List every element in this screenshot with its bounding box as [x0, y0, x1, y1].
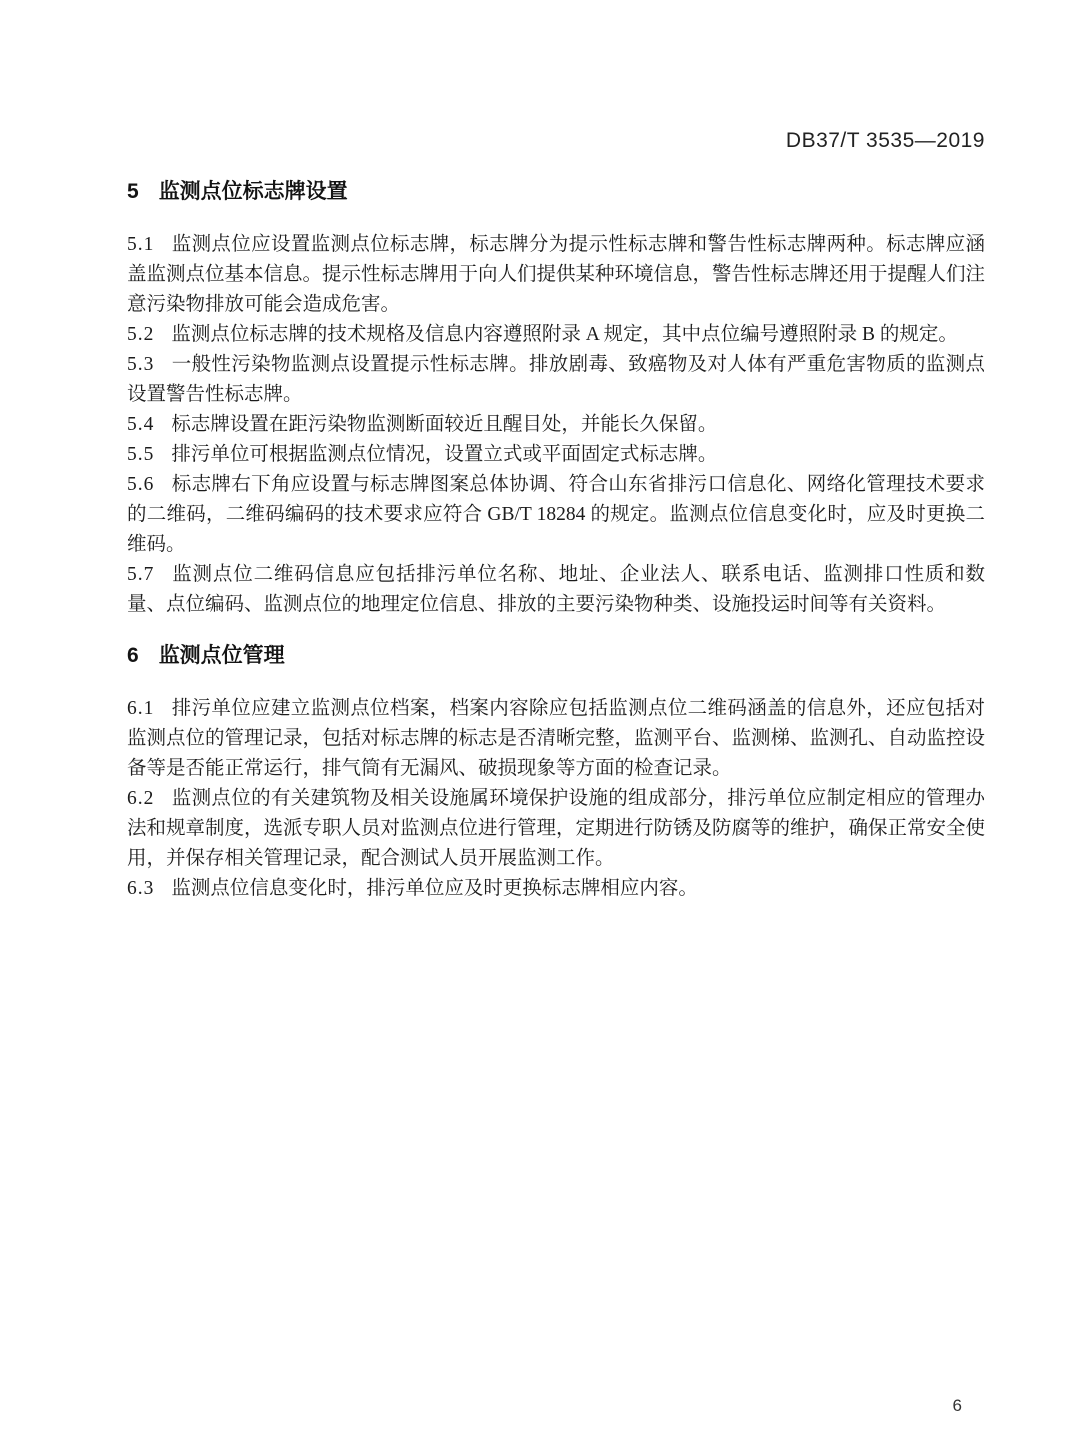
clause-number: 6.3 [127, 874, 154, 904]
clause-text: 排污单位应建立监测点位档案，档案内容除应包括监测点位二维码涵盖的信息外，还应包括… [127, 698, 985, 779]
clause-number: 6.2 [127, 784, 154, 814]
clause-text: 排污单位可根据监测点位情况，设置立式或平面固定式标志牌。 [171, 444, 717, 465]
clause-number: 5.1 [127, 230, 154, 260]
clause: 5.1监测点位应设置监测点位标志牌，标志牌分为提示性标志牌和警告性标志牌两种。标… [127, 230, 985, 320]
clause: 5.6标志牌右下角应设置与标志牌图案总体协调、符合山东省排污口信息化、网络化管理… [127, 470, 985, 560]
clause-text: 监测点位信息变化时，排污单位应及时更换标志牌相应内容。 [171, 878, 698, 899]
clause-number: 5.7 [127, 560, 154, 590]
clause-number: 6.1 [127, 694, 154, 724]
section-number: 6 [127, 642, 139, 670]
clause-number: 5.4 [127, 410, 154, 440]
clause-text: 监测点位应设置监测点位标志牌，标志牌分为提示性标志牌和警告性标志牌两种。标志牌应… [127, 234, 985, 315]
section-5-clauses: 5.1监测点位应设置监测点位标志牌，标志牌分为提示性标志牌和警告性标志牌两种。标… [127, 230, 985, 620]
section-title: 监测点位标志牌设置 [159, 180, 348, 203]
clause-text: 一般性污染物监测点设置提示性标志牌。排放剧毒、致癌物及对人体有严重危害物质的监测… [127, 354, 985, 405]
clause-number: 5.3 [127, 350, 154, 380]
clause: 5.2监测点位标志牌的技术规格及信息内容遵照附录 A 规定，其中点位编号遵照附录… [127, 320, 985, 350]
clause-number: 5.5 [127, 440, 154, 470]
doc-number: DB37/T 3535—2019 [786, 129, 985, 152]
document-page: DB37/T 3535—2019 5监测点位标志牌设置 5.1监测点位应设置监测… [0, 0, 1080, 1450]
clause-text: 监测点位二维码信息应包括排污单位名称、地址、企业法人、联系电话、监测排口性质和数… [127, 564, 985, 615]
clause: 5.5排污单位可根据监测点位情况，设置立式或平面固定式标志牌。 [127, 440, 985, 470]
page-footer: 6 [953, 1396, 962, 1416]
page-number: 6 [953, 1396, 962, 1415]
clause-text: 监测点位的有关建筑物及相关设施属环境保护设施的组成部分，排污单位应制定相应的管理… [127, 788, 985, 869]
clause: 6.3监测点位信息变化时，排污单位应及时更换标志牌相应内容。 [127, 874, 985, 904]
clause: 5.7监测点位二维码信息应包括排污单位名称、地址、企业法人、联系电话、监测排口性… [127, 560, 985, 620]
clause-text: 标志牌设置在距污染物监测断面较近且醒目处，并能长久保留。 [171, 414, 717, 435]
clause: 5.3一般性污染物监测点设置提示性标志牌。排放剧毒、致癌物及对人体有严重危害物质… [127, 350, 985, 410]
doc-header: DB37/T 3535—2019 [127, 0, 985, 154]
section-heading-6: 6监测点位管理 [127, 642, 985, 670]
clause-number: 5.6 [127, 470, 154, 500]
section-6-clauses: 6.1排污单位应建立监测点位档案，档案内容除应包括监测点位二维码涵盖的信息外，还… [127, 694, 985, 904]
clause-text: 标志牌右下角应设置与标志牌图案总体协调、符合山东省排污口信息化、网络化管理技术要… [127, 474, 985, 555]
clause-number: 5.2 [127, 320, 154, 350]
section-title: 监测点位管理 [159, 644, 285, 667]
clause: 6.2监测点位的有关建筑物及相关设施属环境保护设施的组成部分，排污单位应制定相应… [127, 784, 985, 874]
section-number: 5 [127, 178, 139, 206]
section-heading-5: 5监测点位标志牌设置 [127, 178, 985, 206]
clause: 5.4标志牌设置在距污染物监测断面较近且醒目处，并能长久保留。 [127, 410, 985, 440]
clause: 6.1排污单位应建立监测点位档案，档案内容除应包括监测点位二维码涵盖的信息外，还… [127, 694, 985, 784]
clause-text: 监测点位标志牌的技术规格及信息内容遵照附录 A 规定，其中点位编号遵照附录 B … [171, 324, 958, 345]
